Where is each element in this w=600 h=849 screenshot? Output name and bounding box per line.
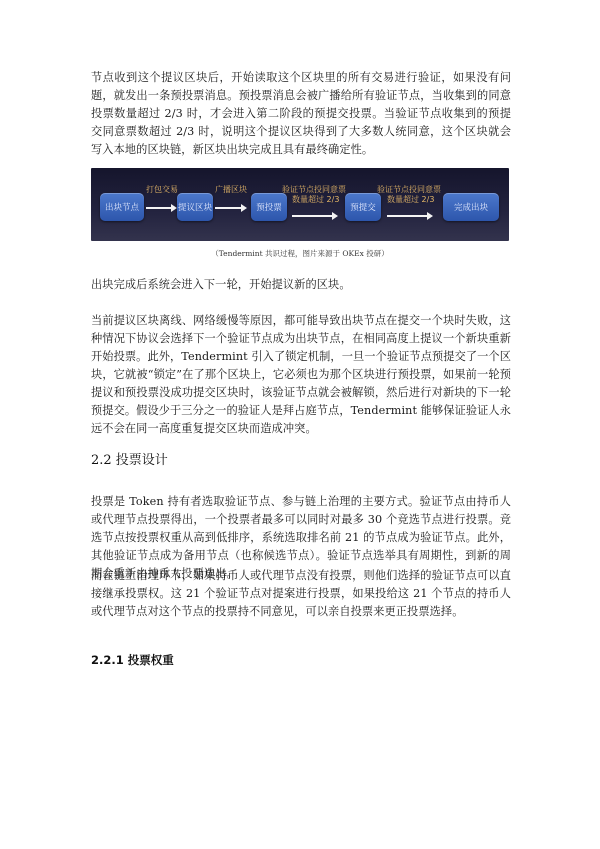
paragraph-locking-mechanism: 当前提议区块离线、网络缓慢等原因，都可能导致出块节点在提交一个块时失败，这种情况… xyxy=(91,312,511,438)
subsection-heading-voting-weight: 2.2.1 投票权重 xyxy=(91,652,174,668)
edge-broadcast-block: 广播区块 xyxy=(215,185,245,215)
edge-label-line2: 数量超过 2/3 xyxy=(292,195,336,205)
edge-label-line2: 数量超过 2/3 xyxy=(387,195,431,205)
edge-prevote-quorum: 验证节点投同意票 数量超过 2/3 xyxy=(292,185,336,215)
paragraph-governance-voting: 而在链上治理环节，如果持币人或代理节点没有投票，则他们选择的验证节点可以直接继承… xyxy=(91,567,511,621)
paragraph-next-round: 出块完成后系统会进入下一轮，开始提议新的区块。 xyxy=(91,276,511,294)
node-block-complete: 完成出块 xyxy=(443,193,499,221)
tendermint-consensus-diagram: 出块节点 打包交易 提议区块 广播区块 预投票 验证节点投同意票 数量超过 2/… xyxy=(91,168,509,241)
edge-label: 广播区块 xyxy=(215,185,245,195)
arrow-icon xyxy=(215,207,245,209)
edge-precommit-quorum: 验证节点投同意票 数量超过 2/3 xyxy=(387,185,431,215)
arrow-icon xyxy=(387,215,431,217)
edge-label-line1: 验证节点投同意票 xyxy=(377,185,441,195)
paragraph-voting-process: 节点收到这个提议区块后，开始读取这个区块里的所有交易进行验证，如果没有问题，就发… xyxy=(91,69,511,159)
edge-label-line1: 验证节点投同意票 xyxy=(282,185,346,195)
node-block-producer: 出块节点 xyxy=(100,193,144,221)
node-precommit: 预提交 xyxy=(345,193,381,221)
figure-caption: （Tendermint 共识过程，图片来源于 OKEx 投研） xyxy=(91,248,509,259)
edge-label: 打包交易 xyxy=(146,185,175,195)
node-prevote: 预投票 xyxy=(251,193,287,221)
edge-pack-transactions: 打包交易 xyxy=(146,185,175,215)
node-proposal-block: 提议区块 xyxy=(177,193,213,221)
arrow-icon xyxy=(146,207,175,209)
section-heading-voting-design: 2.2 投票设计 xyxy=(91,449,168,468)
arrow-icon xyxy=(292,215,336,217)
